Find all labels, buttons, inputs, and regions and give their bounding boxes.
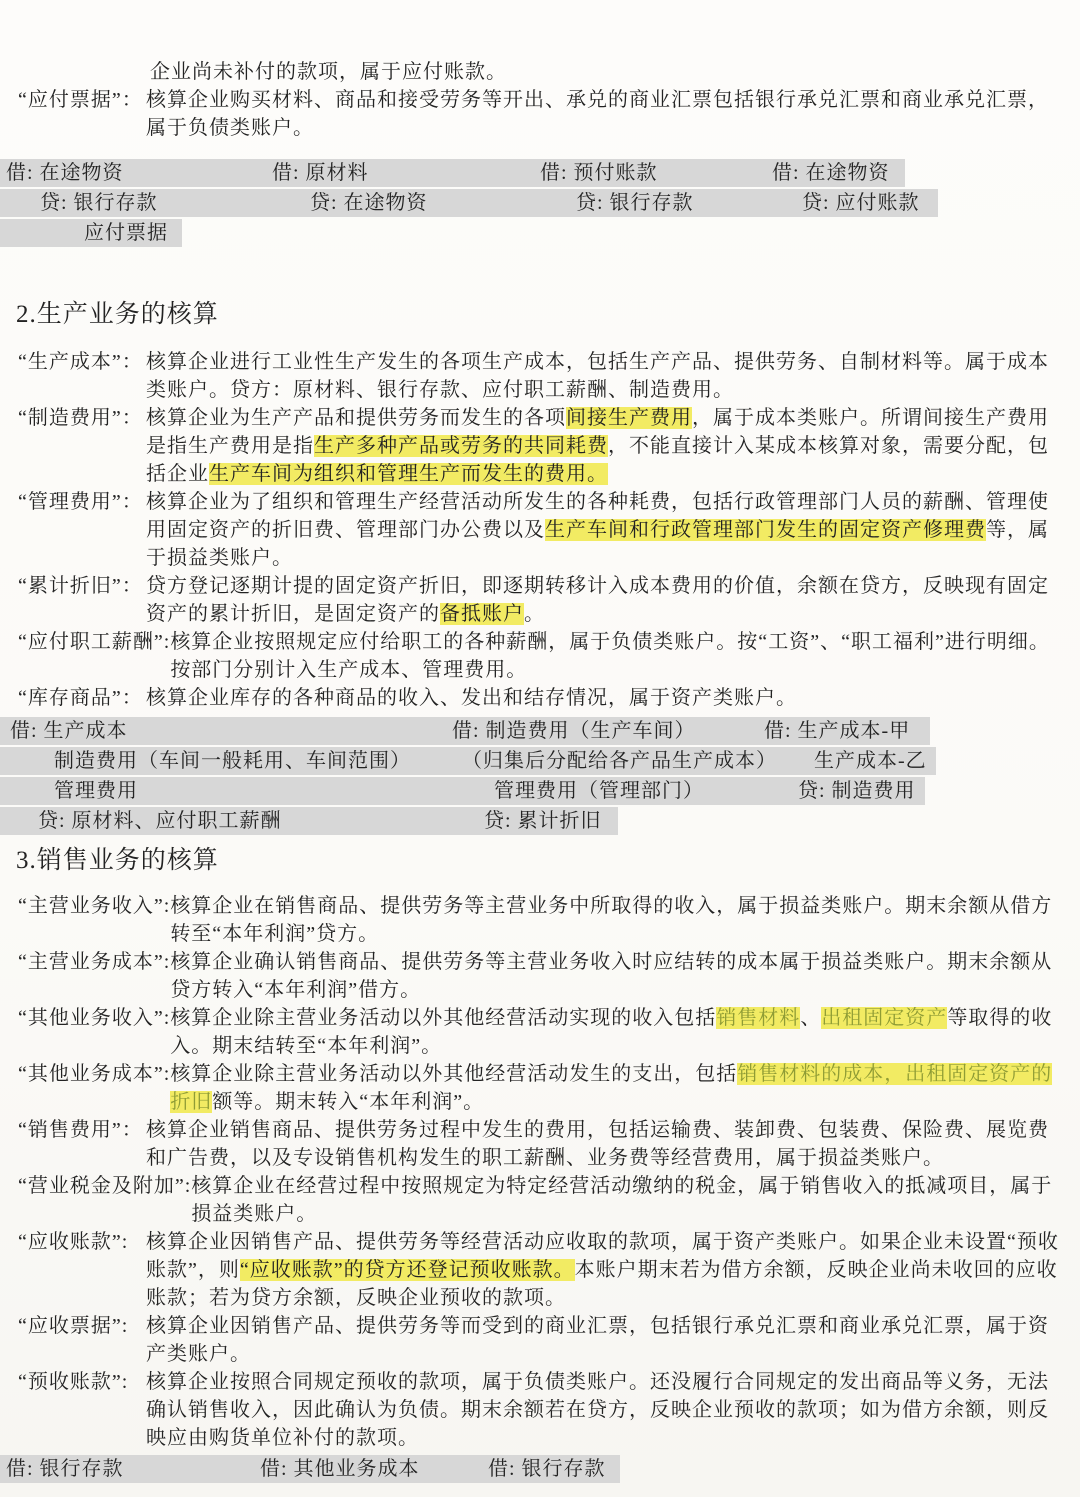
definition-body: 核算企业销售商品、提供劳务过程中发生的费用，包括运输费、装卸费、包装费、保险费、… [146,1116,1080,1172]
text-segment: 核算企业销售商品、提供劳务过程中发生的费用，包括运输费、装卸费、包装费、保险费、… [146,1119,1049,1169]
definition-term: “应收票据”: [0,1312,146,1340]
definition-term: “其他业务收入”: [0,1004,170,1032]
entry-cell: （归集后分配给各产品生产成本） [462,746,777,776]
entry-row: 应付票据 [0,218,1080,248]
definition-term: “应收账款”: [0,1228,146,1256]
entry-cell: 贷: 应付账款 [802,188,920,218]
definition-term: “主营业务成本”: [0,948,170,976]
definition-body: 贷方登记逐期计提的固定资产折旧，即逐期转移计入成本费用的价值，余额在贷方，反映现… [146,572,1080,628]
definition-term: “营业税金及附加”: [0,1172,191,1200]
definition-body: 核算企业为了组织和管理生产经营活动所发生的各种耗费，包括行政管理部门人员的薪酬、… [146,488,1080,572]
definition-item-yingfupiaoju: “应付票据”： 核算企业购买材料、商品和接受劳务等开出、承兑的商业汇票包括银行承… [0,86,1080,142]
text-segment: 、 [800,1007,821,1029]
definition-item-zhuyingyewushouru: “主营业务收入”: 核算企业在销售商品、提供劳务等主营业务中所取得的收入，属于损… [0,892,1080,948]
highlighted-text: 生产车间和行政管理部门发生的固定资产修理费 [545,519,986,541]
definition-item-guanlifeiyong: “管理费用”： 核算企业为了组织和管理生产经营活动所发生的各种耗费，包括行政管理… [0,488,1080,572]
sales-definitions: “主营业务收入”: 核算企业在销售商品、提供劳务等主营业务中所取得的收入，属于损… [0,892,1080,1452]
text-segment: 核算企业除主营业务活动以外其他经营活动实现的收入包括 [170,1007,716,1029]
text-segment: 。 [524,603,545,625]
text-segment: 核算企业进行工业性生产发生的各项生产成本，包括生产产品、提供劳务、自制材料等。属… [146,351,1049,401]
entry-row: 借: 生产成本 借: 制造费用（生产车间） 借: 生产成本-甲 [0,716,1080,746]
document-page: 企业尚未补付的款项，属于应付账款。 “应付票据”： 核算企业购买材料、商品和接受… [0,0,1080,1497]
definition-item-xiaoshoufeiyong: “销售费用”： 核算企业销售商品、提供劳务过程中发生的费用，包括运输费、装卸费、… [0,1116,1080,1172]
entry-cell: 借: 原材料 [272,158,369,188]
entry-row: 借: 在途物资 借: 原材料 借: 预付账款 借: 在途物资 [0,158,1080,188]
journal-entry-box-2: 借: 生产成本 借: 制造费用（生产车间） 借: 生产成本-甲 制造费用（车间一… [0,716,1080,836]
entry-cell: 借: 生产成本-甲 [764,716,910,746]
entry-cell: 管理费用（管理部门） [494,776,704,806]
definition-term: “管理费用”： [0,488,146,516]
definition-term: “销售费用”： [0,1116,146,1144]
text-segment: 核算企业在销售商品、提供劳务等主营业务中所取得的收入，属于损益类账户。期末余额从… [170,895,1052,945]
definition-term: “累计折旧”： [0,572,146,600]
definition-item-qitayewuchengben: “其他业务成本”: 核算企业除主营业务活动以外其他经营活动发生的支出，包括销售材… [0,1060,1080,1116]
highlighted-text: 间接生产费用 [566,407,692,429]
entry-row: 借: 银行存款 借: 其他业务成本 借: 银行存款 [0,1454,1080,1484]
section-heading-production: 2.生产业务的核算 [0,298,1080,332]
definition-body: 核算企业库存的各种商品的收入、发出和结存情况，属于资产类账户。 [146,684,1080,712]
entry-cell: 借: 在途物资 [6,158,124,188]
highlighted-text: 备抵账户 [440,603,524,625]
text-segment: 核算企业除主营业务活动以外其他经营活动发生的支出，包括 [170,1063,737,1085]
text-segment: 核算企业为生产产品和提供劳务而发生的各项 [146,407,566,429]
definition-term: “生产成本”： [0,348,146,376]
entry-cell: 贷: 累计折旧 [484,806,602,836]
definition-body: 核算企业按照合同规定预收的款项，属于负债类账户。还没履行合同规定的发出商品等义务… [146,1368,1080,1452]
entry-cell: 借: 银行存款 [488,1454,606,1484]
definition-item-yushouzhangkuan: “预收账款”: 核算企业按照合同规定预收的款项，属于负债类账户。还没履行合同规定… [0,1368,1080,1452]
definition-term: “库存商品”： [0,684,146,712]
entry-cell: 借: 在途物资 [772,158,890,188]
entry-row: 管理费用 管理费用（管理部门） 贷: 制造费用 [0,776,1080,806]
text-segment: 核算企业因销售产品、提供劳务等而受到的商业汇票，包括银行承兑汇票和商业承兑汇票，… [146,1315,1049,1365]
definition-body: 核算企业为生产产品和提供劳务而发生的各项间接生产费用，属于成本类账户。所谓间接生… [146,404,1080,488]
highlighted-text: 生产车间为组织和管理生产而发生的费用。 [209,463,608,485]
journal-entry-box-1: 借: 在途物资 借: 原材料 借: 预付账款 借: 在途物资 贷: 银行存款 贷… [0,158,1080,248]
definition-body: 核算企业除主营业务活动以外其他经营活动发生的支出，包括销售材料的成本，出租固定资… [170,1060,1080,1116]
definition-term: “其他业务成本”: [0,1060,170,1088]
definition-item-shengchanchengben: “生产成本”： 核算企业进行工业性生产发生的各项生产成本，包括生产产品、提供劳务… [0,348,1080,404]
definition-term: “应付票据”： [0,86,146,114]
highlighted-text: 出租固定资产 [821,1007,947,1029]
definition-body: 核算企业因销售产品、提供劳务等而受到的商业汇票，包括银行承兑汇票和商业承兑汇票，… [146,1312,1080,1368]
entry-cell: 贷: 银行存款 [576,188,694,218]
entry-cell: 借: 制造费用（生产车间） [452,716,696,746]
entry-cell: 借: 生产成本 [10,716,128,746]
definition-body: 核算企业确认销售商品、提供劳务等主营业务收入时应结转的成本属于损益类账户。期末余… [170,948,1080,1004]
definition-body: 核算企业进行工业性生产发生的各项生产成本，包括生产产品、提供劳务、自制材料等。属… [146,348,1080,404]
definition-body: 核算企业除主营业务活动以外其他经营活动实现的收入包括销售材料、出租固定资产等取得… [170,1004,1080,1060]
entry-cell: 贷: 在途物资 [310,188,428,218]
definition-term: “应付职工薪酬”: [0,628,170,656]
text-segment: 核算企业购买材料、商品和接受劳务等开出、承兑的商业汇票包括银行承兑汇票和商业承兑… [146,89,1049,139]
entry-cell: 应付票据 [84,218,168,248]
definition-item-yingshoupiaoju: “应收票据”: 核算企业因销售产品、提供劳务等而受到的商业汇票，包括银行承兑汇票… [0,1312,1080,1368]
text-segment: 核算企业确认销售商品、提供劳务等主营业务收入时应结转的成本属于损益类账户。期末余… [170,951,1052,1001]
definition-item-kucunshangpin: “库存商品”： 核算企业库存的各种商品的收入、发出和结存情况，属于资产类账户。 [0,684,1080,712]
entry-row-background [0,777,925,805]
definition-term: “主营业务收入”: [0,892,170,920]
definition-item-yingfuzhigongxinchou: “应付职工薪酬”: 核算企业按照规定应付给职工的各种薪酬，属于负债类账户。按“工… [0,628,1080,684]
definition-term: “制造费用”： [0,404,146,432]
highlighted-text: 销售材料 [716,1007,800,1029]
section-heading-sales: 3.销售业务的核算 [0,844,1080,878]
text-segment: 贷方登记逐期计提的固定资产折旧，即逐期转移计入成本费用的价值，余额在贷方，反映现… [146,575,1049,625]
definition-item-yingyeshuijinjifujia: “营业税金及附加”: 核算企业在经营过程中按照规定为特定经营活动缴纳的税金，属于… [0,1172,1080,1228]
entry-cell: 管理费用 [54,776,138,806]
definition-body: 核算企业购买材料、商品和接受劳务等开出、承兑的商业汇票包括银行承兑汇票和商业承兑… [146,86,1080,142]
entry-cell: 借: 预付账款 [540,158,658,188]
definition-body: 核算企业在经营过程中按照规定为特定经营活动缴纳的税金，属于销售收入的抵减项目，属… [191,1172,1080,1228]
text-segment: 核算企业按照合同规定预收的款项，属于负债类账户。还没履行合同规定的发出商品等义务… [146,1371,1049,1449]
highlighted-text: 生产多种产品或劳务的共同耗费 [314,435,608,457]
definition-body: 核算企业按照规定应付给职工的各种薪酬，属于负债类账户。按“工资”、“职工福利”进… [170,628,1080,684]
highlighted-text: “应收账款”的贷方还登记预收账款。 [240,1259,575,1281]
production-definitions: “生产成本”： 核算企业进行工业性生产发生的各项生产成本，包括生产产品、提供劳务… [0,348,1080,712]
entry-cell: 借: 其他业务成本 [260,1454,420,1484]
entry-cell: 贷: 原材料、应付职工薪酬 [38,806,282,836]
entry-cell: 生产成本-乙 [814,746,927,776]
entry-cell: 贷: 制造费用 [798,776,916,806]
text-segment: 额等。期末转入“本年利润”。 [212,1091,484,1113]
definition-item-yingshouzhangkuan: “应收账款”: 核算企业因销售产品、提供劳务等经营活动应收取的款项，属于资产类账… [0,1228,1080,1312]
entry-cell: 借: 银行存款 [6,1454,124,1484]
journal-entry-box-3: 借: 银行存款 借: 其他业务成本 借: 银行存款 [0,1454,1080,1484]
text-segment: 核算企业按照规定应付给职工的各种薪酬，属于负债类账户。按“工资”、“职工福利”进… [170,631,1050,681]
definition-item-qitayewushouru: “其他业务收入”: 核算企业除主营业务活动以外其他经营活动实现的收入包括销售材料… [0,1004,1080,1060]
definition-term: “预收账款”: [0,1368,146,1396]
definition-item-zhuyingyewuchengben: “主营业务成本”: 核算企业确认销售商品、提供劳务等主营业务收入时应结转的成本属… [0,948,1080,1004]
entry-row: 制造费用（车间一般耗用、车间范围） （归集后分配给各产品生产成本） 生产成本-乙 [0,746,1080,776]
text-segment: 核算企业库存的各种商品的收入、发出和结存情况，属于资产类账户。 [146,687,797,709]
definition-item-zhizaofeiyong: “制造费用”： 核算企业为生产产品和提供劳务而发生的各项间接生产费用，属于成本类… [0,404,1080,488]
paragraph-continuation: 企业尚未补付的款项，属于应付账款。 [150,58,1066,86]
entry-cell: 贷: 银行存款 [40,188,158,218]
entry-row: 贷: 银行存款 贷: 在途物资 贷: 银行存款 贷: 应付账款 [0,188,1080,218]
entry-row-background [0,159,905,187]
definition-body: 核算企业因销售产品、提供劳务等经营活动应收取的款项，属于资产类账户。如果企业未设… [146,1228,1080,1312]
definition-body: 核算企业在销售商品、提供劳务等主营业务中所取得的收入，属于损益类账户。期末余额从… [170,892,1080,948]
entry-cell: 制造费用（车间一般耗用、车间范围） [54,746,411,776]
text-segment: 核算企业在经营过程中按照规定为特定经营活动缴纳的税金，属于销售收入的抵减项目，属… [191,1175,1052,1225]
entry-row: 贷: 原材料、应付职工薪酬 贷: 累计折旧 [0,806,1080,836]
definition-item-leijizhejiu: “累计折旧”： 贷方登记逐期计提的固定资产折旧，即逐期转移计入成本费用的价值，余… [0,572,1080,628]
